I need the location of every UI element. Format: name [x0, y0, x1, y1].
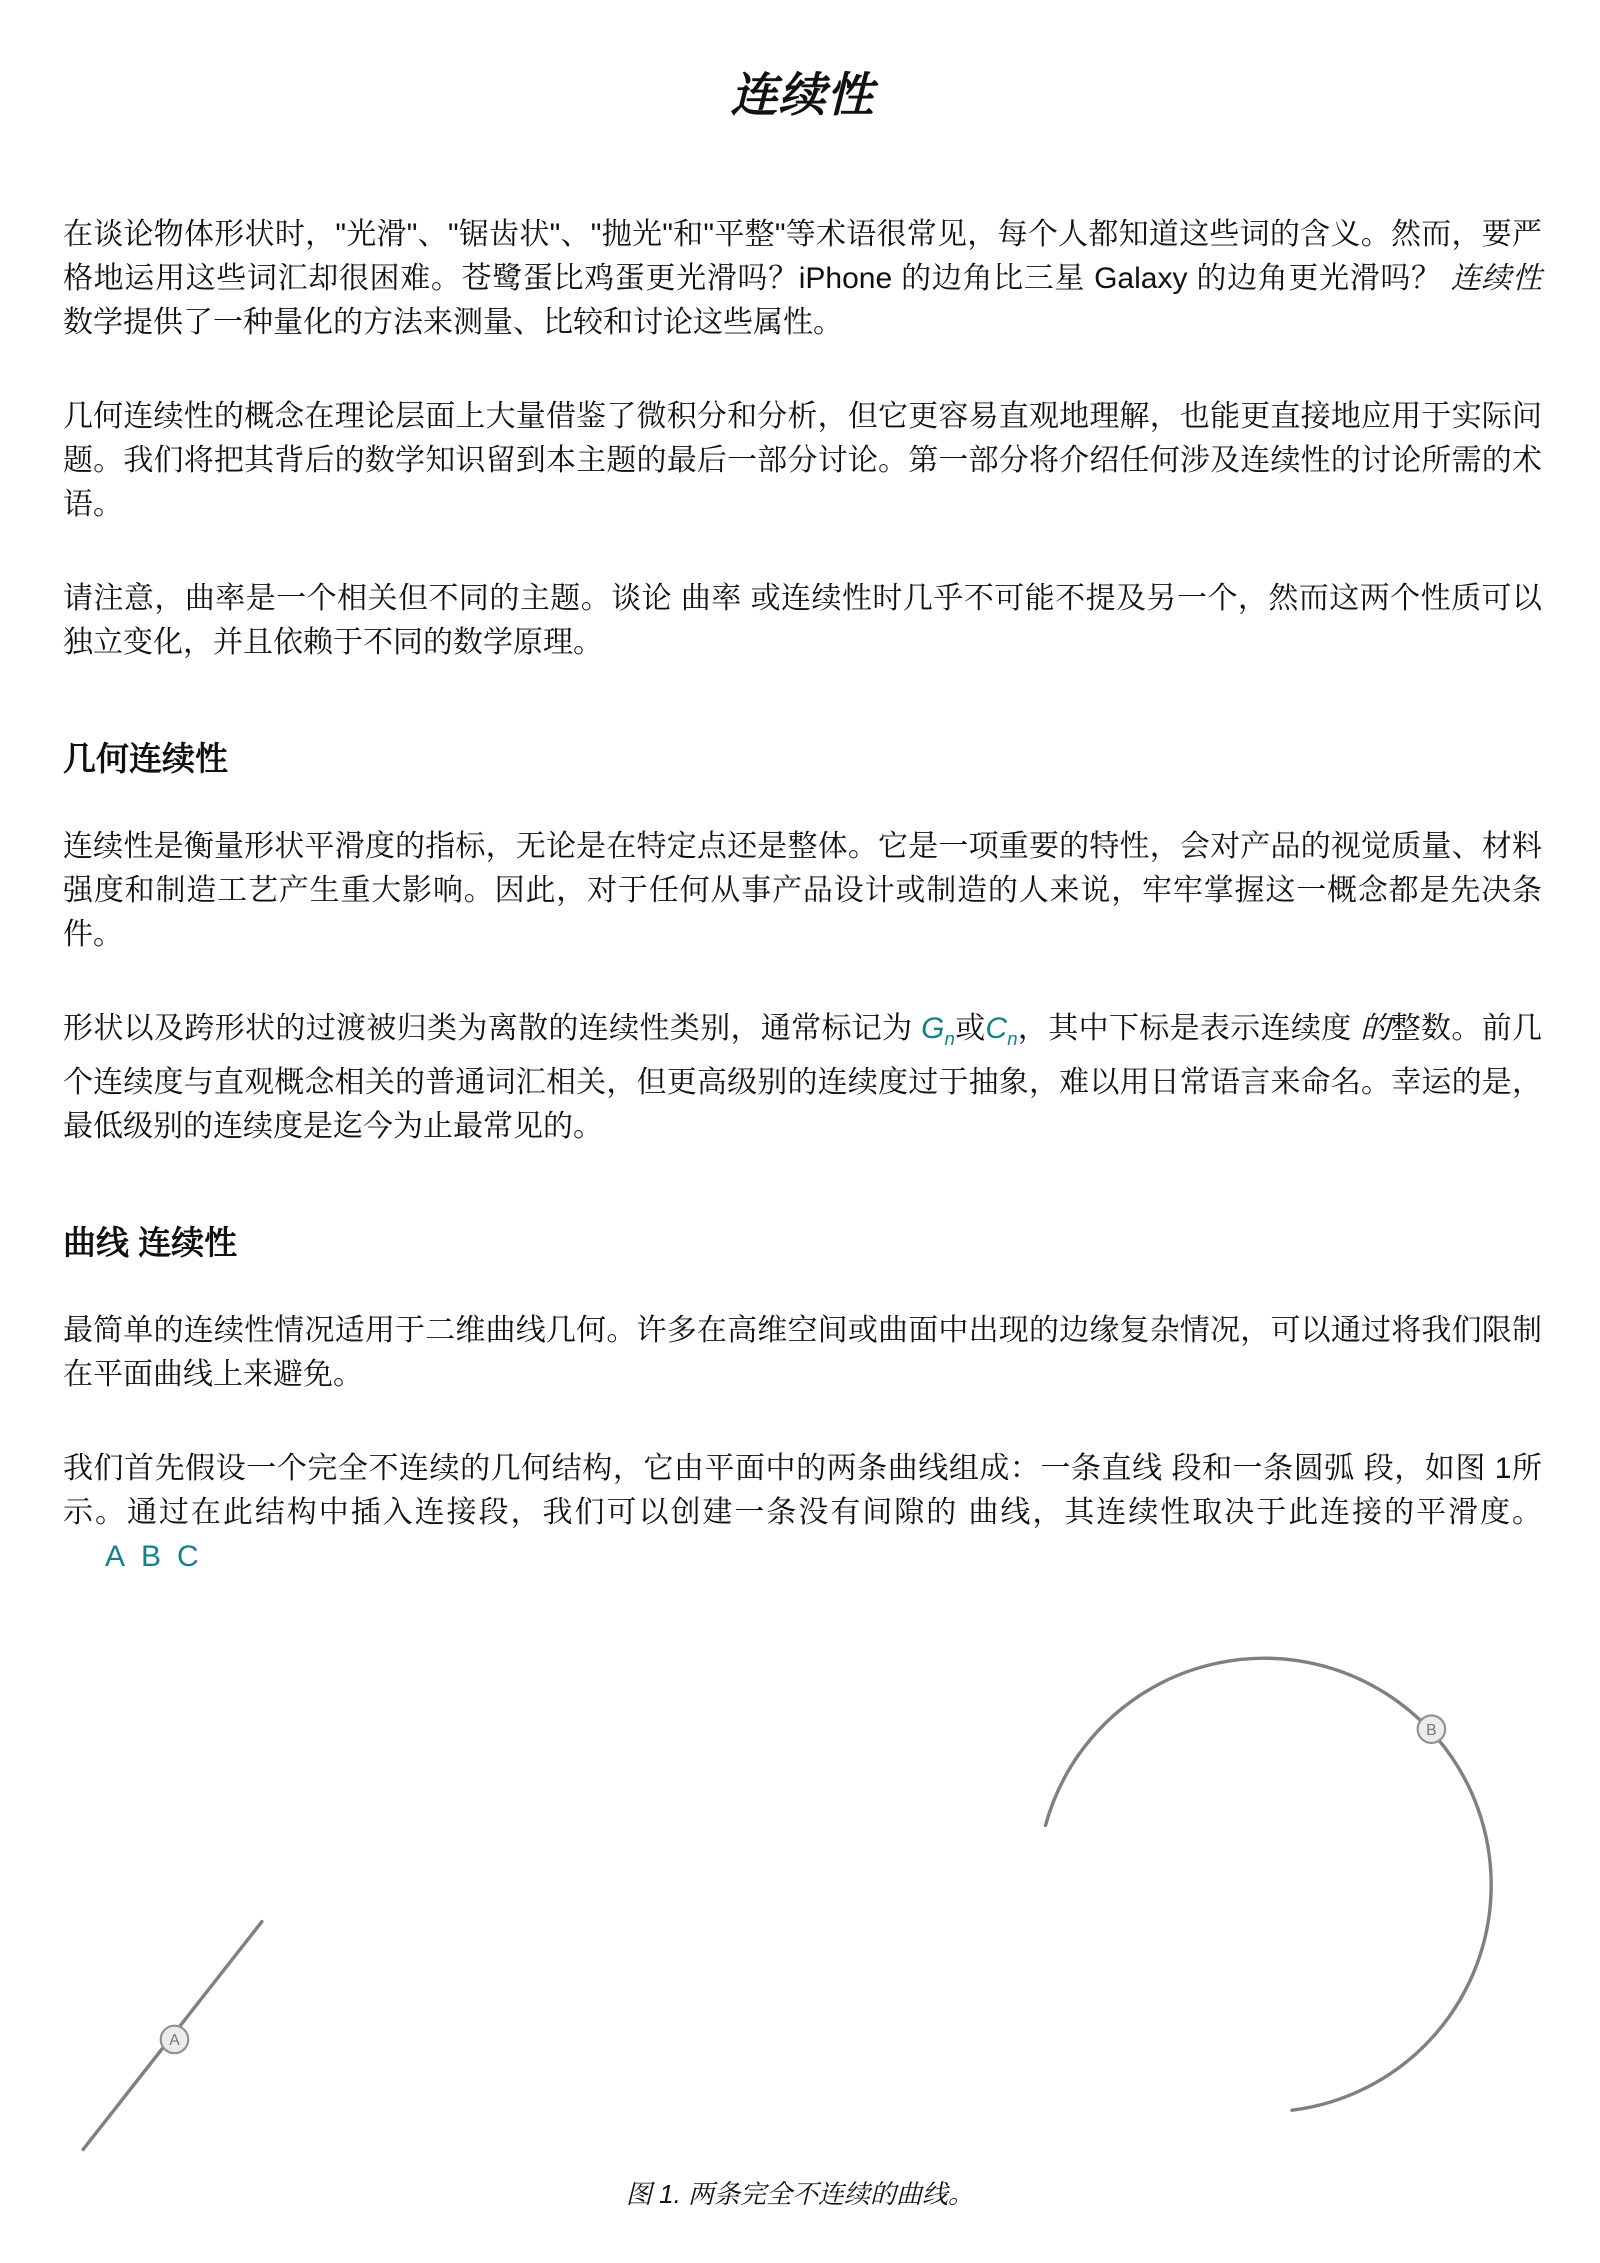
label-b-text: B — [1426, 1722, 1436, 1739]
geometric-paragraph-2: 形状以及跨形状的过渡被归类为离散的连续性类别，通常标记为 Gn或Cn，其中下标是… — [63, 1007, 1542, 1149]
intro-p1-emphasis: 连续性 — [1451, 262, 1542, 295]
gn-notation-link[interactable]: Gn — [921, 1012, 955, 1045]
section-heading-geometric-continuity: 几何连续性 — [63, 737, 1542, 781]
cn-notation-link[interactable]: Cn — [986, 1012, 1018, 1045]
gn-subscript: n — [945, 1028, 955, 1049]
intro-paragraph-2: 几何连续性的概念在理论层面上大量借鉴了微积分和分析，但它更容易直观地理解，也能更… — [63, 395, 1542, 527]
geometric-p2-emphasis: 的 — [1360, 1012, 1390, 1045]
geometric-paragraph-1: 连续性是衡量形状平滑度的指标，无论是在特定点还是整体。它是一项重要的特性，会对产… — [63, 825, 1542, 957]
page: 连续性 在谈论物体形状时，"光滑"、"锯齿状"、"抛光"和"平整"等术语很常见，… — [0, 58, 1600, 2214]
label-a-badge: A — [161, 2026, 188, 2053]
label-a-text: A — [169, 2032, 180, 2049]
figure-1: A B — [0, 1629, 1600, 2174]
figure-1-caption: 图 1. 两条完全不连续的曲线。 — [0, 2174, 1600, 2214]
cn-letter: C — [986, 1012, 1008, 1045]
label-b-badge: B — [1418, 1715, 1445, 1742]
figure-link-a[interactable]: A — [105, 1540, 125, 1573]
curve-paragraph-1: 最简单的连续性情况适用于二维曲线几何。许多在高维空间或曲面中出现的边缘复杂情况，… — [63, 1309, 1542, 1397]
intro-paragraph-3: 请注意，曲率是一个相关但不同的主题。谈论 曲率 或连续性时几乎不可能不提及另一个… — [63, 577, 1542, 665]
intro-paragraph-1: 在谈论物体形状时，"光滑"、"锯齿状"、"抛光"和"平整"等术语很常见，每个人都… — [63, 213, 1542, 345]
curve-paragraph-2: 我们首先假设一个完全不连续的几何结构，它由平面中的两条曲线组成：一条直线 段和一… — [63, 1447, 1542, 1579]
figure-link-b[interactable]: B — [141, 1540, 161, 1573]
page-title: 连续性 — [63, 58, 1542, 125]
intro-p1-text-after: 数学提供了一种量化的方法来测量、比较和讨论这些属性。 — [63, 306, 843, 339]
geometric-p2-text: 形状以及跨形状的过渡被归类为离散的连续性类别，通常标记为 — [63, 1012, 921, 1045]
figure-link-c[interactable]: C — [177, 1540, 199, 1573]
section-heading-curve-continuity: 曲线 连续性 — [63, 1221, 1542, 1265]
geometric-p2-mid: ，其中下标是表示连续度 — [1018, 1012, 1361, 1045]
geometric-p2-or: 或 — [955, 1012, 986, 1045]
intro-p1-text: 在谈论物体形状时，"光滑"、"锯齿状"、"抛光"和"平整"等术语很常见，每个人都… — [63, 218, 1542, 295]
cn-subscript: n — [1007, 1028, 1017, 1049]
gn-letter: G — [921, 1012, 944, 1045]
figure-1-canvas: A B — [0, 1629, 1600, 2174]
figure-anchor-links: ABC — [89, 1540, 199, 1573]
curve-p2-text: 我们首先假设一个完全不连续的几何结构，它由平面中的两条曲线组成：一条直线 段和一… — [63, 1452, 1542, 1529]
